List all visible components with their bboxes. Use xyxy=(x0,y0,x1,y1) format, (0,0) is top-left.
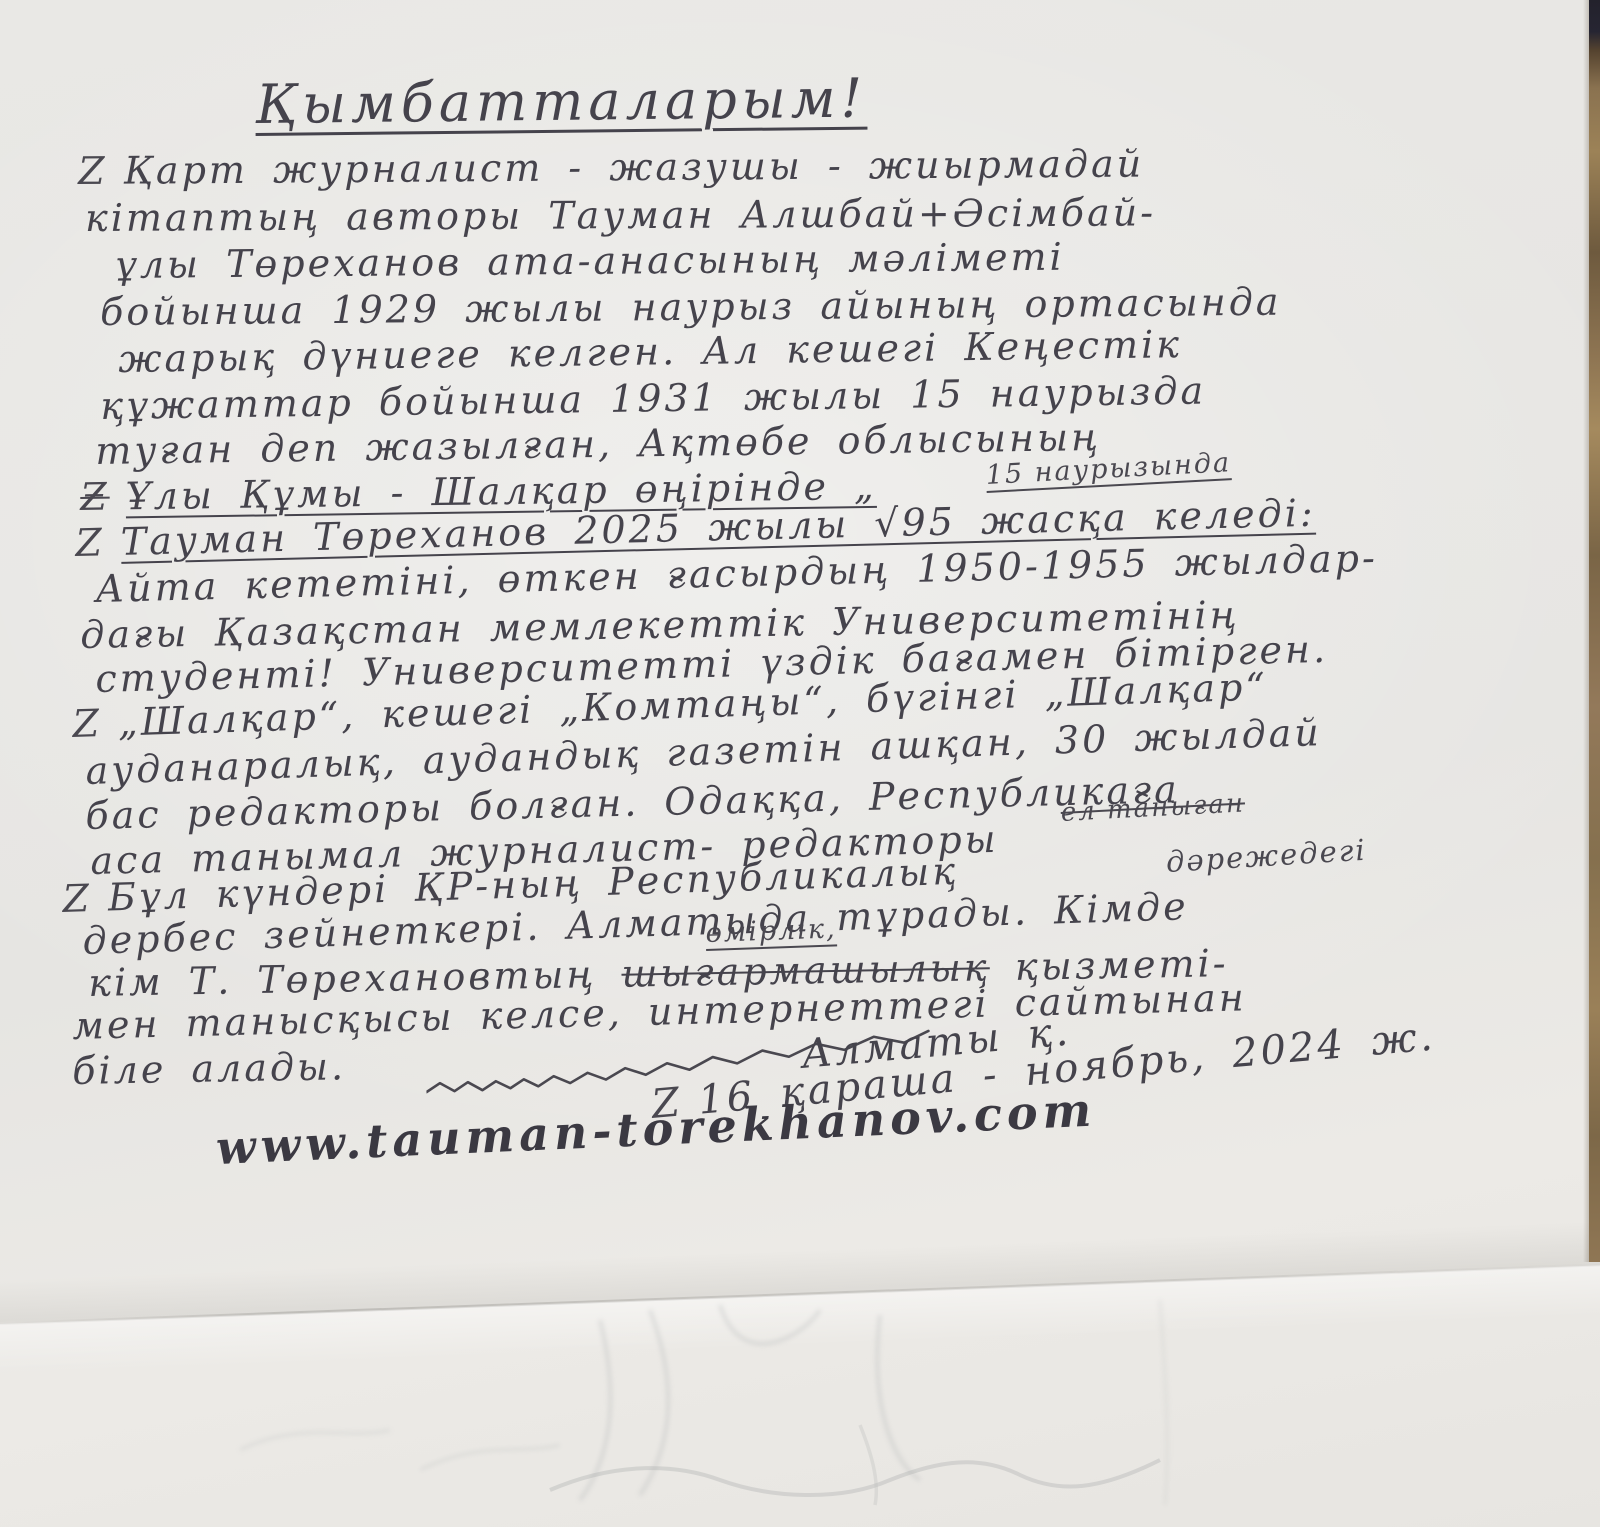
body-line: ZҚарт журналист - жазушы - жиырмадай xyxy=(78,145,1144,190)
body-line-text: біле алады. xyxy=(72,1044,346,1093)
paragraph-mark: Z xyxy=(78,152,108,190)
body-line: ұлы Төреханов ата-анасының мәліметі xyxy=(115,238,1065,284)
body-line: кітаптың авторы Тауман Алшбай+Әсімбай- xyxy=(85,193,1156,237)
show-through-stroke xyxy=(540,1420,1190,1510)
body-line: жарық дүниеге келген. Ал кешегі Кеңестік xyxy=(118,325,1182,378)
body-line-text: кітаптың авторы Тауман Алшбай+Әсімбай- xyxy=(85,190,1156,240)
paragraph-mark: Z xyxy=(75,523,105,562)
body-line: біле алады. xyxy=(72,1047,346,1090)
paragraph-mark-crossed: Ƶ xyxy=(80,478,110,516)
inserted-word-degree: дәрежедегі xyxy=(1165,833,1368,879)
body-line-text: ұлы Төреханов ата-анасының мәліметі xyxy=(115,235,1065,287)
paragraph-mark: Z xyxy=(62,879,93,918)
photo-background-edge xyxy=(1589,0,1600,1262)
scanned-letter-page: Қымбатталарым! ZҚарт журналист - жазушы … xyxy=(0,0,1600,1527)
inserted-word-life: өмірлік, xyxy=(705,913,837,949)
body-line-text: Қарт журналист - жазушы - жиырмадай xyxy=(123,142,1144,193)
paragraph-mark: Z xyxy=(72,704,103,743)
letter-title: Қымбатталарым! xyxy=(255,72,867,132)
